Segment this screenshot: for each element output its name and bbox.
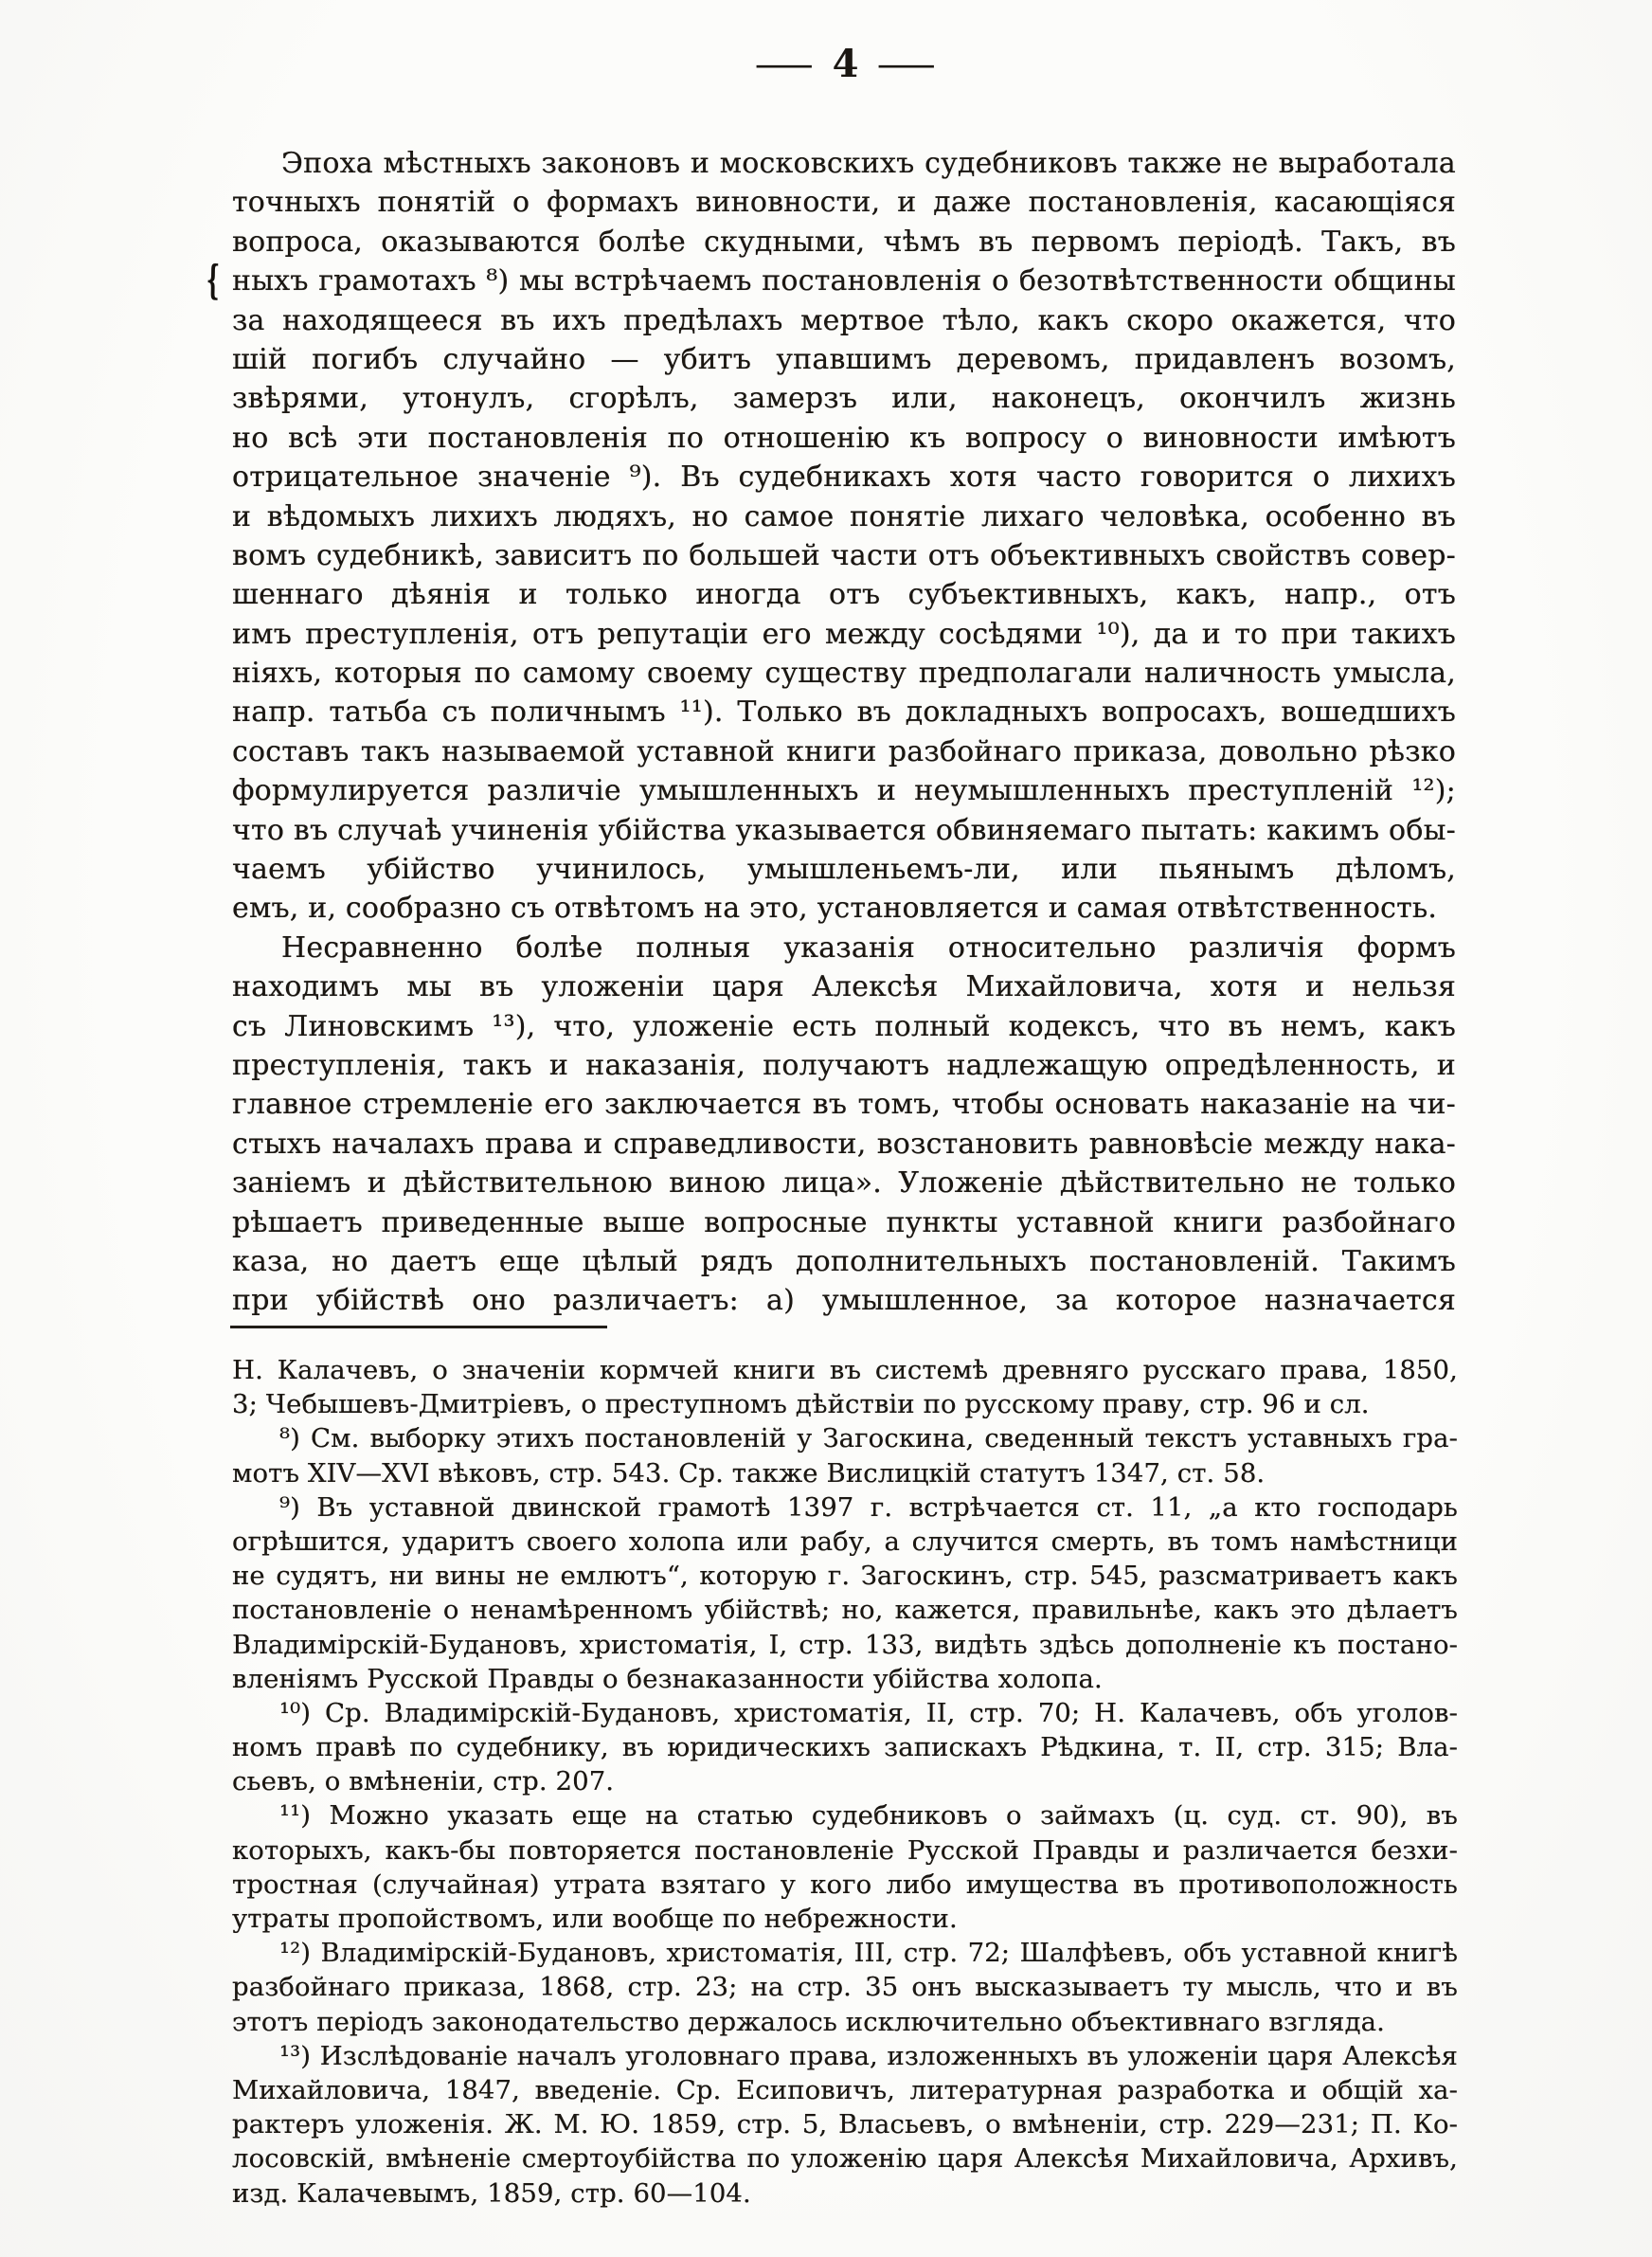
text-line: за находящееся въ ихъ предѣлахъ мертвое … [232, 301, 1456, 340]
text-line: находимъ мы въ уложеніи царя Алексѣя Мих… [232, 967, 1456, 1006]
footnote-line: разбойнаго приказа, 1868, стр. 23; на ст… [232, 1970, 1458, 2004]
footnote-line: Владимірскій-Будановъ, христоматія, I, с… [232, 1628, 1458, 1662]
text-line: при убійствѣ оно различаетъ: а) умышленн… [232, 1281, 1456, 1320]
text-line: шій погибъ случайно — убитъ упавшимъ дер… [232, 340, 1456, 379]
text-line: но всѣ эти постановленія по отношенію къ… [232, 419, 1456, 458]
footnote-line: тростная (случайная) утрата взятаго у ко… [232, 1868, 1458, 1902]
footnote-line: ¹³) Изслѣдованіе началъ уголовнаго права… [232, 2039, 1458, 2073]
footnote-line: мотъ XIV—XVI вѣковъ, стр. 543. Ср. также… [232, 1456, 1458, 1490]
text-line: каза, но даетъ еще цѣлый рядъ дополнител… [232, 1242, 1456, 1281]
footnote-line: ¹⁰) Ср. Владимірскій-Будановъ, христомат… [232, 1696, 1458, 1730]
text-line: главное стремленіе его заключается въ то… [232, 1085, 1456, 1124]
text-line: ніяхъ, которыя по самому своему существу… [232, 654, 1456, 693]
footnote-line: не судятъ, ни вины не емлютъ“, которую г… [232, 1559, 1458, 1593]
footnote-line: вленіямъ Русской Правды о безнаказанност… [232, 1662, 1458, 1696]
text-line: шеннаго дѣянія и только иногда отъ субъе… [232, 575, 1456, 614]
text-line: формулируется различіе умышленныхъ и неу… [232, 771, 1456, 810]
footnote-line: номъ правѣ по судебнику, въ юридическихъ… [232, 1730, 1458, 1764]
text-line: вопроса, оказываются болѣе скудными, чѣм… [232, 223, 1456, 262]
footnotes-block: Н. Калачевъ, о значеніи кормчей книги въ… [232, 1353, 1458, 2211]
text-line: стыхъ началахъ права и справедливости, в… [232, 1125, 1456, 1164]
text-line: составъ такъ называемой уставной книги р… [232, 732, 1456, 771]
margin-ink-mark: { [206, 256, 220, 303]
text-line: Эпоха мѣстныхъ законовъ и московскихъ су… [232, 144, 1456, 183]
text-line: звѣрями, утонулъ, сгорѣлъ, замерзъ или, … [232, 379, 1456, 418]
text-line: что въ случаѣ учиненія убійства указывае… [232, 811, 1456, 850]
text-line: отрицательное значеніе ⁹). Въ судебниках… [232, 458, 1456, 497]
text-line: точныхъ понятій о формахъ виновности, и … [232, 183, 1456, 222]
page-number-dash-right: — [876, 43, 939, 86]
footnote-line: утраты пропойствомъ, или вообще по небре… [232, 1902, 1458, 1936]
text-line: рѣшаетъ приведенные выше вопросные пункт… [232, 1203, 1456, 1242]
text-line: заніемъ и дѣйствительною виною лица». Ул… [232, 1164, 1456, 1202]
footnote-line: сьевъ, о вмѣненіи, стр. 207. [232, 1764, 1458, 1798]
footnote-line: изд. Калачевымъ, 1859, стр. 60—104. [232, 2176, 1458, 2211]
text-line: имъ преступленія, отъ репутаціи его межд… [232, 615, 1456, 654]
text-line: ныхъ грамотахъ ⁸) мы встрѣчаемъ постанов… [232, 262, 1456, 300]
main-text-block: Эпоха мѣстныхъ законовъ и московскихъ су… [232, 144, 1456, 1321]
text-line: и вѣдомыхъ лихихъ людяхъ, но самое понят… [232, 497, 1456, 536]
footnote-line: огрѣшится, ударитъ своего холопа или раб… [232, 1525, 1458, 1559]
footnote-line: Михайловича, 1847, введеніе. Ср. Есипови… [232, 2073, 1458, 2107]
footnote-separator [230, 1326, 607, 1328]
text-line: съ Линовскимъ ¹³), что, уложеніе есть по… [232, 1007, 1456, 1046]
footnote-line: Н. Калачевъ, о значеніи кормчей книги въ… [232, 1353, 1458, 1387]
footnote-line: постановленіе о ненамѣренномъ убійствѣ; … [232, 1593, 1458, 1627]
text-line: емъ, и, сообразно съ отвѣтомъ на это, ус… [232, 889, 1456, 928]
footnote-line: ⁹) Въ уставной двинской грамотѣ 1397 г. … [232, 1490, 1458, 1525]
footnote-line: рактеръ уложенія. Ж. М. Ю. 1859, стр. 5,… [232, 2107, 1458, 2141]
text-line: чаемъ убійство учинилось, умышленьемъ-ли… [232, 850, 1456, 889]
text-line: вомъ судебникѣ, зависитъ по большей част… [232, 536, 1456, 575]
footnote-line: 3; Чебышевъ-Дмитріевъ, о преступномъ дѣй… [232, 1387, 1458, 1421]
footnote-line: ⁸) См. выборку этихъ постановленій у Заг… [232, 1421, 1458, 1455]
footnote-line: ¹¹) Можно указать еще на статью судебник… [232, 1798, 1458, 1833]
page-header: —4— [20, 42, 1652, 86]
text-line: преступленія, такъ и наказанія, получают… [232, 1046, 1456, 1085]
text-line: напр. татьба съ поличнымъ ¹¹). Только въ… [232, 693, 1456, 731]
page-number: 4 [833, 42, 860, 86]
footnote-line: этотъ періодъ законодательство держалось… [232, 2005, 1458, 2039]
footnote-line: ¹²) Владимірскій-Будановъ, христоматія, … [232, 1936, 1458, 1970]
footnote-line: лосовскій, вмѣненіе смертоубійства по ул… [232, 2141, 1458, 2176]
text-line: Несравненно болѣе полныя указанія относи… [232, 929, 1456, 967]
footnote-line: которыхъ, какъ-бы повторяется постановле… [232, 1833, 1458, 1868]
page-number-dash-left: — [753, 43, 816, 86]
